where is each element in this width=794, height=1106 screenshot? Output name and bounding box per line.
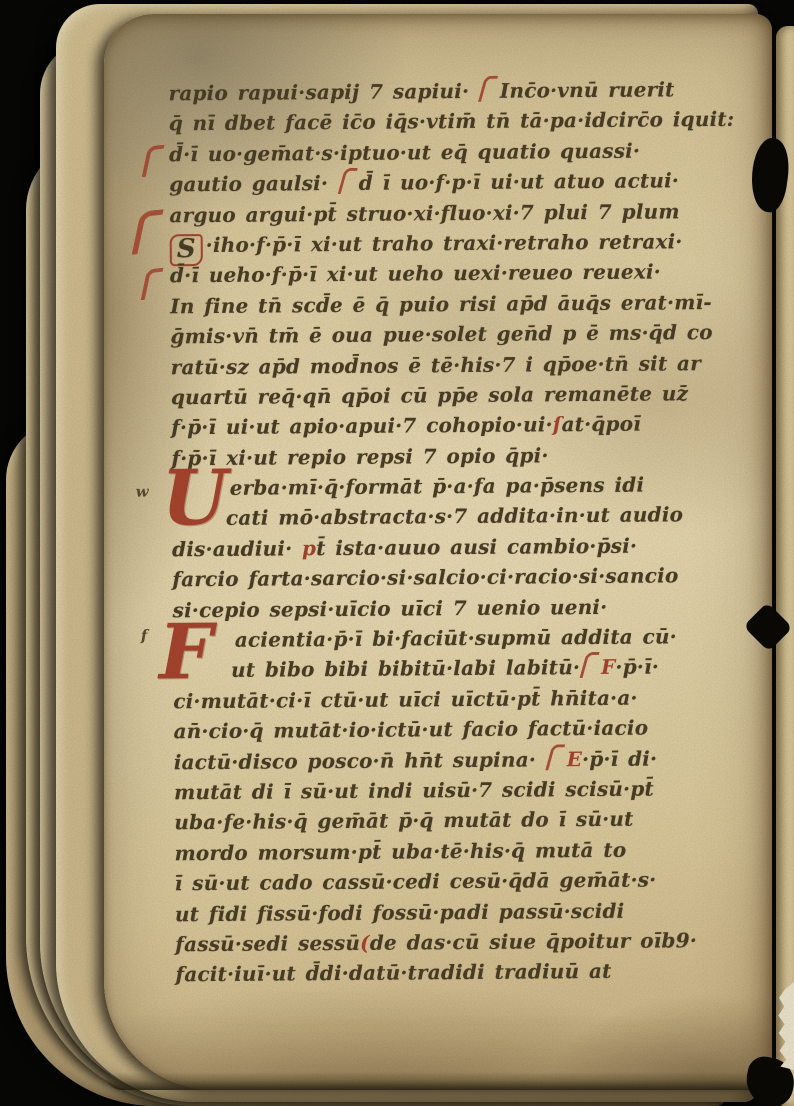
text-line: f·p̄·ī ui·ut apio·apui·7 cohopio·ui·ſat·…: [171, 408, 755, 443]
text-line: d̄·ī ueho·f·p̄·ī xi·ut ueho uexi·reueo r…: [170, 256, 754, 291]
script-text: mordo morsum·pt̄ uba·tē·his·q̄ mutā to: [174, 838, 626, 866]
text-line: ratū·sz ap̄d mod̄nos ē tē·his·7 i qp̄oe·…: [171, 347, 755, 382]
text-line: iactū·disco posco·n̄ hn̄t supina· E·p̄·ī…: [174, 742, 758, 777]
text-line: S·iho·f·p̄·ī xi·ut traho traxi·retraho r…: [170, 226, 754, 261]
rubric-dropcap-F: F: [159, 617, 214, 687]
text-line: quartū req̄·qn̄ qp̄oi cū pp̄e sola reman…: [171, 378, 755, 413]
script-text: In fine tn̄ scd̄e ē q̄ puio risi ap̄d āu…: [170, 290, 712, 318]
text-line: uba·fe·his·q̄ gem̄āt p̄·q̄ mutāt do ī sū…: [174, 803, 758, 838]
text-line: ut fidi fissū·fodi fossū·padi passū·scid…: [175, 894, 759, 929]
text-line: si·cepio sepsi·uīcio uīci 7 uenio ueni·: [172, 590, 756, 625]
capitulum-mark: [579, 652, 599, 678]
script-text: arguo argui·pt̄ struo·xi·fluo·xi·7 plui …: [169, 199, 679, 227]
script-text: d̄·ī uo·gem̄at·s·iptuo·ut eq̄ quatio qua…: [169, 138, 640, 166]
script-text: gautio gaulsi·: [169, 171, 338, 196]
script-text: ·p̄·ī di·: [582, 746, 657, 771]
text-line: farcio farta·sarcio·si·salcio·ci·racio·s…: [172, 560, 756, 595]
script-text: acientia·p̄·ī bi·faciūt·supmū addita cū·: [235, 624, 677, 651]
script-text: fassū·sedi sessū: [175, 931, 360, 956]
text-line: mordo morsum·pt̄ uba·tē·his·q̄ mutā to: [174, 833, 758, 868]
script-text: ratū·sz ap̄d mod̄nos ē tē·his·7 i qp̄oe·…: [171, 351, 701, 379]
rubric-text: F: [601, 655, 616, 679]
script-text: q̄ nī dbet facē ic̄o iq̄s·vtim̄ tn̄ tā·p…: [169, 107, 735, 135]
script-text: an̄·cio·q̄ mutāt·io·ictū·ut facio factū·…: [173, 716, 648, 744]
script-text: ut bibo bibi bibitū·labi labitū·: [231, 656, 580, 683]
script-text: d̄ ī uo·f·p·ī ui·ut atuo actui·: [359, 168, 679, 195]
script-text: ḡmis·vn̄ tm̄ ē oua pue·solet gen̄d p ē …: [170, 320, 712, 348]
text-line: ī sū·ut cado cassū·cedi cesū·q̄dā gem̄āt…: [175, 864, 759, 899]
script-text: farcio farta·sarcio·si·salcio·ci·racio·s…: [172, 564, 678, 592]
script-text: ci·mutāt·ci·ī ctū·ut uīci uīctū·pt̄ hn̄i…: [173, 685, 637, 713]
text-line: In fine tn̄ scd̄e ē q̄ puio risi ap̄d āu…: [170, 286, 754, 321]
text-line: an̄·cio·q̄ mutāt·io·ictū·ut facio factū·…: [173, 712, 757, 747]
text-line: erba·mī·q̄·formāt p̄·a·fa pa·p̄sens idi: [172, 469, 756, 504]
rubric-dropcap-U: U: [161, 463, 228, 534]
script-text: ī sū·ut cado cassū·cedi cesū·q̄dā gem̄āt…: [175, 868, 657, 896]
script-text: t̄ ista·auuo ausi cambio·p̄si·: [316, 534, 637, 561]
script-text: quartū req̄·qn̄ qp̄oi cū pp̄e sola reman…: [171, 381, 688, 409]
text-line: rapio rapui·sapij 7 sapiui· Inc̄o·vnū ru…: [168, 74, 752, 109]
script-text: d̄·ī ueho·f·p̄·ī xi·ut ueho uexi·reueo r…: [170, 260, 661, 288]
script-text: erba·mī·q̄·formāt p̄·a·fa pa·p̄sens idi: [230, 473, 645, 500]
script-text: Inc̄o·vnū ruerit: [500, 77, 675, 102]
capitulum-mark: [545, 744, 565, 770]
manuscript-page: rapio rapui·sapij 7 sapiui· Inc̄o·vnū ru…: [104, 14, 772, 1090]
script-text: ut fidi fissū·fodi fossū·padi passū·scid…: [175, 898, 625, 926]
text-line: cati mō·abstracta·s·7 addita·in·ut audio: [172, 499, 756, 534]
script-text: de das·cū siue q̄poitur oīb9·: [370, 928, 697, 955]
text-line: dis·audiui· pt̄ ista·auuo ausi cambio·p̄…: [172, 530, 756, 565]
rubric-text: E: [567, 747, 583, 771]
capitulum-mark: [132, 209, 164, 255]
margin-note: f: [141, 628, 148, 644]
capitulum-mark: [478, 76, 498, 102]
script-text: iactū·disco posco·n̄ hn̄t supina·: [174, 747, 546, 774]
text-line: facit·iuī·ut d̄di·datū·tradidi tradiuū a…: [175, 955, 759, 990]
script-text: ·iho·f·p̄·ī xi·ut traho traxi·retraho re…: [206, 229, 683, 257]
script-text: ·p̄·ī·: [615, 655, 659, 679]
text-line: gautio gaulsi· d̄ ī uo·f·p·ī ui·ut atuo …: [169, 165, 753, 200]
margin-note: w: [136, 484, 149, 500]
script-text: cati mō·abstracta·s·7 addita·in·ut audio: [226, 503, 683, 531]
script-text: uba·fe·his·q̄ gem̄āt p̄·q̄ mutāt do ī sū…: [174, 807, 633, 835]
script-text: at·q̄poī: [561, 412, 641, 437]
text-line: ci·mutāt·ci·ī ctū·ut uīci uīctū·pt̄ hn̄i…: [173, 682, 757, 717]
rubric-text: p: [302, 536, 316, 560]
script-text: si·cepio sepsi·uīcio uīci 7 uenio ueni·: [173, 595, 608, 622]
script-text: f·p̄·ī ui·ut apio·apui·7 cohopio·ui·: [171, 413, 553, 440]
text-line: d̄·ī uo·gem̄at·s·iptuo·ut eq̄ quatio qua…: [169, 135, 753, 170]
capitulum-mark: [141, 268, 164, 301]
text-line: q̄ nī dbet facē ic̄o iq̄s·vtim̄ tn̄ tā·p…: [169, 104, 753, 139]
text-line: mutāt di ī sū·ut indi uisū·7 scidi scisū…: [174, 773, 758, 808]
capitulum-mark: [337, 168, 357, 194]
text-line: fassū·sedi sessū(de das·cū siue q̄poitur…: [175, 925, 759, 960]
text-line: acientia·p̄·ī bi·faciūt·supmū addita cū·: [173, 621, 757, 656]
script-text: rapio rapui·sapij 7 sapiui·: [168, 79, 478, 105]
capitulum-mark: [142, 144, 165, 177]
rubric-text: (: [360, 931, 370, 955]
script-text: mutāt di ī sū·ut indi uisū·7 scidi scisū…: [174, 777, 654, 805]
script-text: facit·iuī·ut d̄di·datū·tradidi tradiuū a…: [175, 959, 611, 986]
text-block: rapio rapui·sapij 7 sapiui· Inc̄o·vnū ru…: [168, 74, 759, 990]
text-line: arguo argui·pt̄ struo·xi·fluo·xi·7 plui …: [169, 195, 753, 230]
text-line: ut bibo bibi bibitū·labi labitū·F·p̄·ī·: [173, 651, 757, 686]
text-line: ḡmis·vn̄ tm̄ ē oua pue·solet gen̄d p ē …: [170, 317, 754, 352]
text-line: f·p̄·ī xi·ut repio repsi 7 opio q̄pi·: [171, 438, 755, 473]
manuscript-photo: rapio rapui·sapij 7 sapiui· Inc̄o·vnū ru…: [0, 0, 794, 1106]
